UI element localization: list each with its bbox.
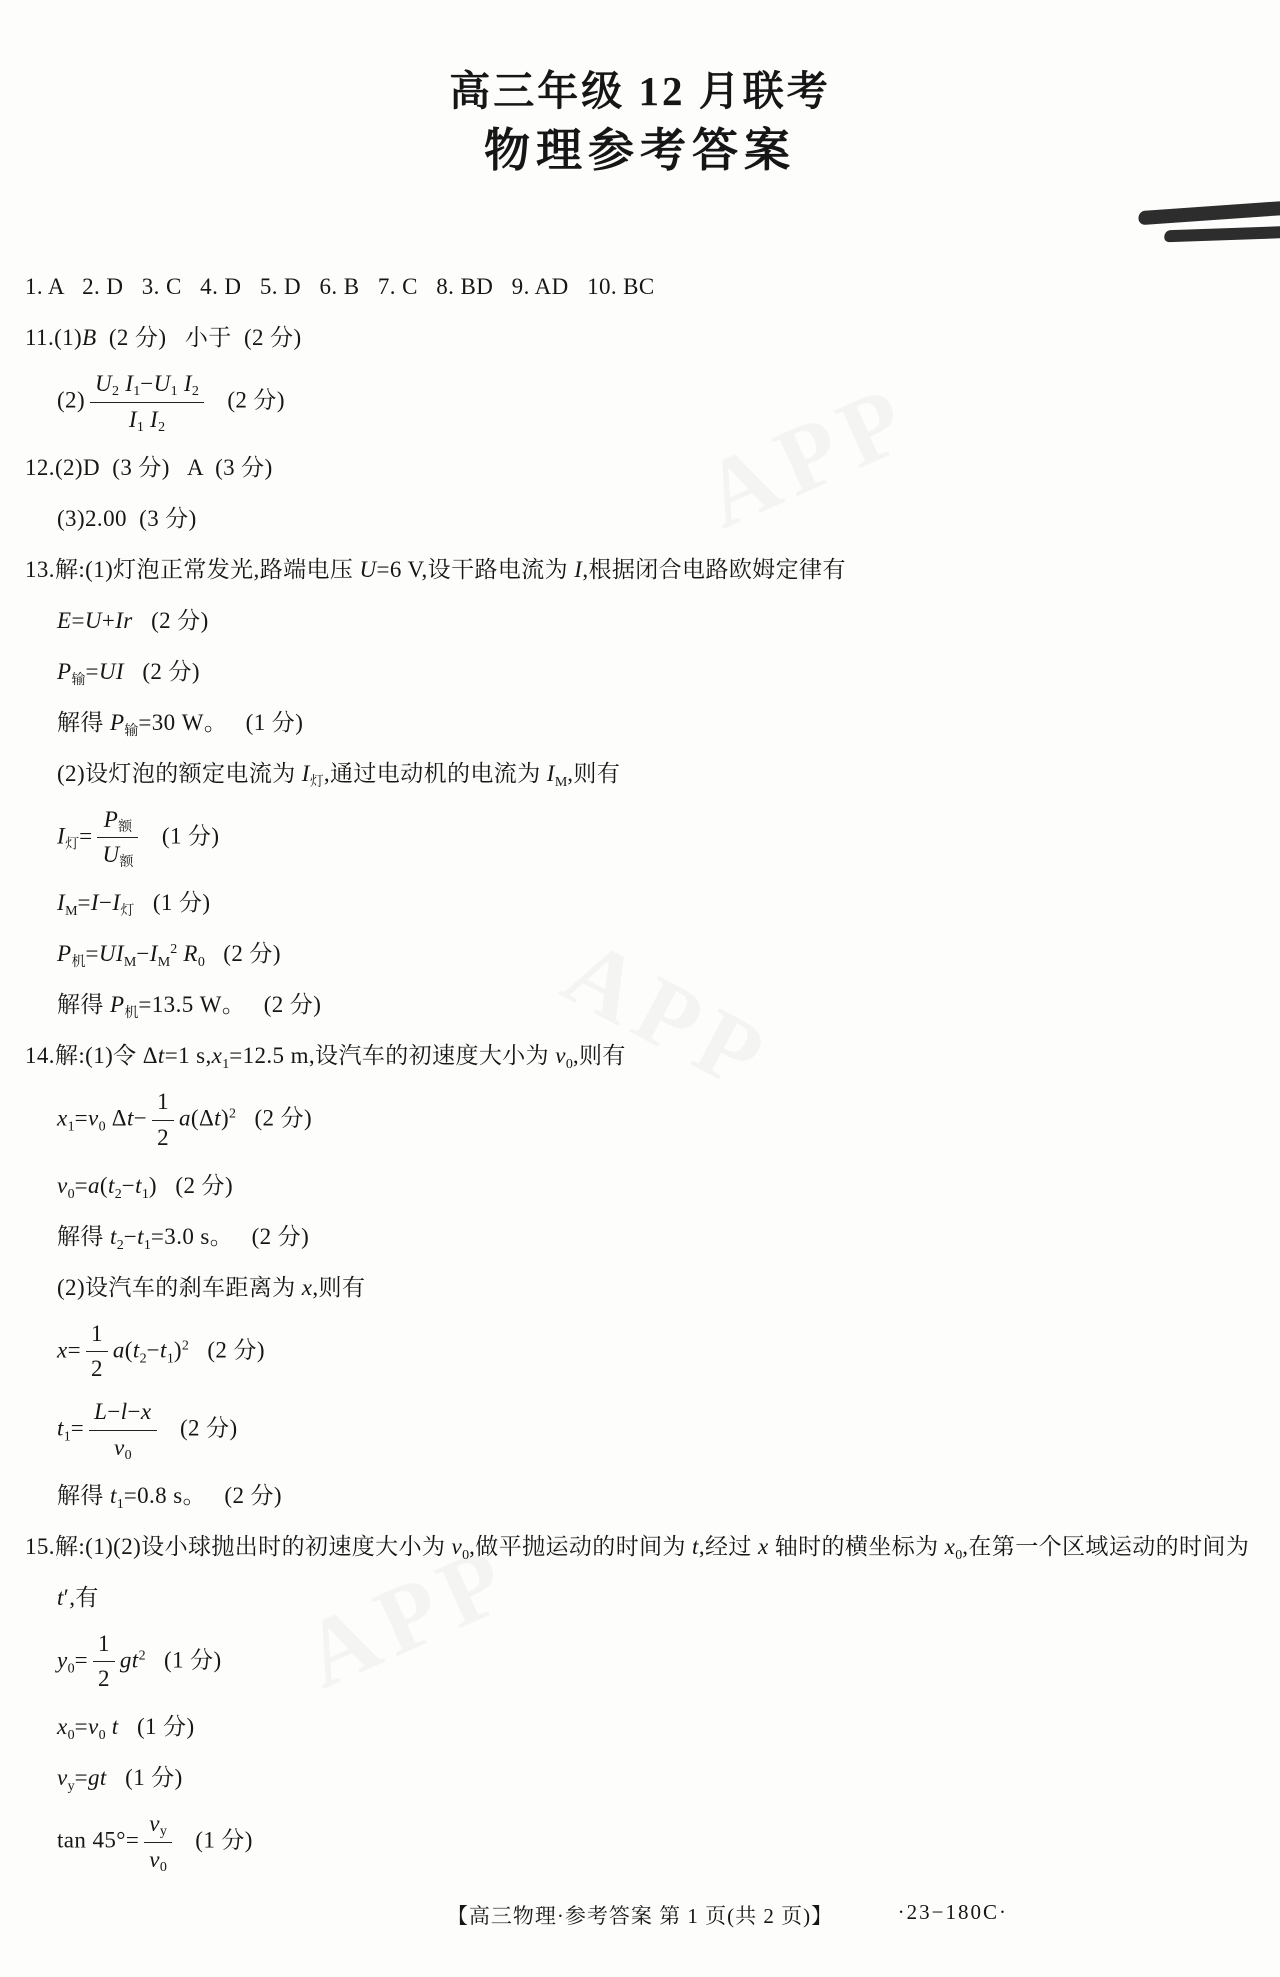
content-line: E=U+Ir (2 分) [25,595,1254,646]
footer-page-label: 【高三物理·参考答案 第 1 页(共 2 页)】 [0,1900,1280,1930]
answer-sheet-page: APP APP APP 高三年级 12 月联考 物理参考答案 1. A 2. D… [0,0,1280,1977]
content-line: (2)U2 I1−U1 I2I1 I2 (2 分) [25,363,1254,442]
content-line: 12.(2)D (3 分) A (3 分) [25,442,1254,493]
content-line: x=12a(t2−t1)2 (2 分) [25,1313,1254,1392]
content-line: x1=v0 Δt−12a(Δt)2 (2 分) [25,1081,1254,1160]
content-line: 14.解:(1)令 Δt=1 s,x1=12.5 m,设汽车的初速度大小为 v0… [25,1030,1254,1081]
content-line: x0=v0 t (1 分) [25,1701,1254,1752]
content-line: I灯=P额U额 (1 分) [25,799,1254,878]
content-line: 解得 t1=0.8 s。 (2 分) [25,1470,1254,1521]
answers-subtitle: 物理参考答案 [0,121,1280,181]
content-line: 解得 P机=13.5 W。 (2 分) [25,979,1254,1030]
footer-paper-code: ·23−180C· [898,1900,1008,1925]
exam-title: 高三年级 12 月联考 [0,66,1280,117]
content-line: 解得 P输=30 W。 (1 分) [25,697,1254,748]
content-line: 13.解:(1)灯泡正常发光,路端电压 U=6 V,设干路电流为 I,根据闭合电… [25,544,1254,595]
content-line: 解得 t2−t1=3.0 s。 (2 分) [25,1211,1254,1262]
content-line: P输=UI (2 分) [25,646,1254,697]
content-line: y0=12gt2 (1 分) [25,1623,1254,1702]
content-line: (2)设灯泡的额定电流为 I灯,通过电动机的电流为 IM,则有 [25,748,1254,799]
content-line: IM=I−I灯 (1 分) [25,877,1254,928]
content-line: 11.(1)B (2 分) 小于 (2 分) [25,312,1254,363]
answers-content: 1. A 2. D 3. C 4. D 5. D 6. B 7. C 8. BD… [0,261,1280,1882]
content-line: (3)2.00 (3 分) [25,493,1254,544]
title-block: 高三年级 12 月联考 物理参考答案 [0,0,1280,181]
content-line: tan 45°=vyv0 (1 分) [25,1803,1254,1882]
page-footer: 【高三物理·参考答案 第 1 页(共 2 页)】 ·23−180C· [0,1900,1280,1930]
content-line: 15.解:(1)(2)设小球抛出时的初速度大小为 v0,做平抛运动的时间为 t,… [25,1521,1254,1623]
content-line: t1=L−l−xv0 (2 分) [25,1391,1254,1470]
content-line: (2)设汽车的刹车距离为 x,则有 [25,1262,1254,1313]
content-line: vy=gt (1 分) [25,1752,1254,1803]
content-line: P机=UIM−IM2 R0 (2 分) [25,928,1254,979]
content-line: 1. A 2. D 3. C 4. D 5. D 6. B 7. C 8. BD… [25,261,1254,312]
content-line: v0=a(t2−t1) (2 分) [25,1160,1254,1211]
brush-stamp-mark [1138,200,1280,248]
